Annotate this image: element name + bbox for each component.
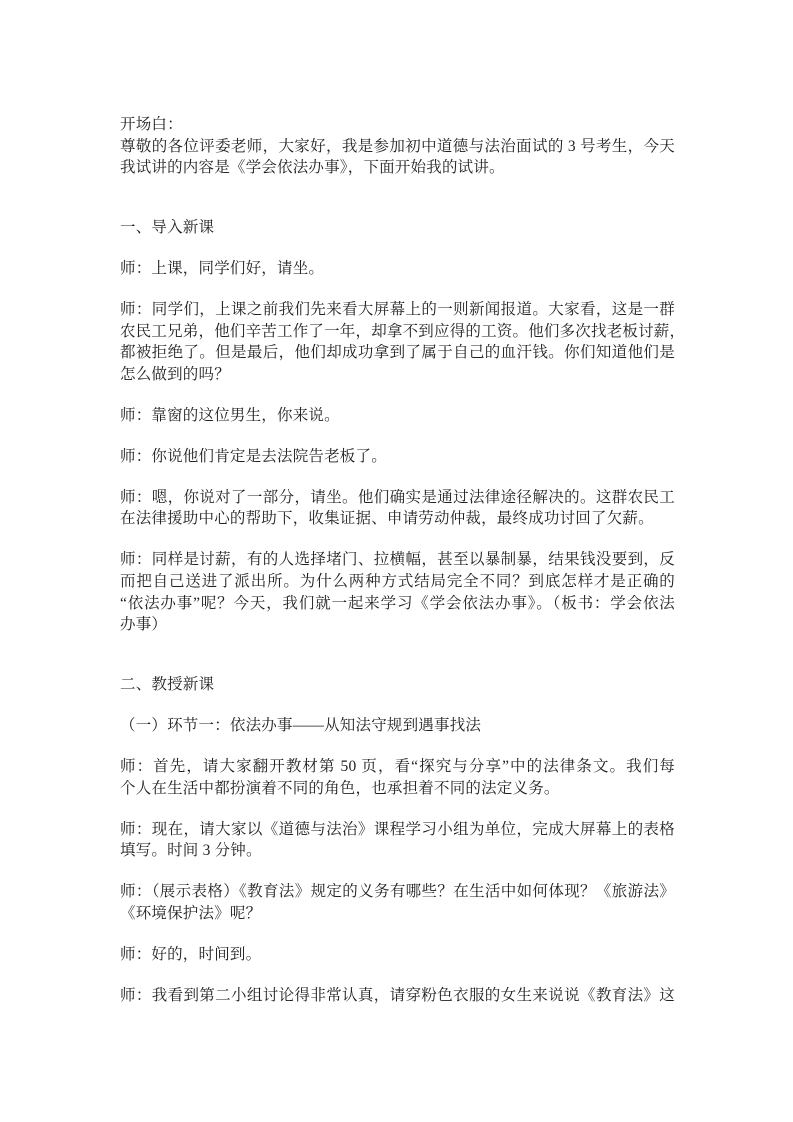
text-line: 师：好的，时间到。 xyxy=(120,944,675,966)
text-line: （一）环节一：依法办事——从知法守规到遇事找法 xyxy=(120,715,675,737)
text-line: 都被拒绝了。但是最后，他们却成功拿到了属于自己的血汗钱。你们知道他们是 xyxy=(120,342,675,364)
dialogue-paragraph: 师：上课，同学们好，请坐。 xyxy=(120,258,675,280)
text-line: 师：我看到第二小组讨论得非常认真，请穿粉色衣服的女生来说说《教育法》这 xyxy=(120,985,675,1007)
text-line: 个人在生活中都扮演着不同的角色，也承担着不同的法定义务。 xyxy=(120,778,675,800)
section-heading-text: 二、教授新课 xyxy=(120,674,675,696)
text-line: 师：你说他们肯定是去法院告老板了。 xyxy=(120,446,675,468)
dialogue-paragraph: 师：首先，请大家翻开教材第 50 页，看“探究与分享”中的法律条文。我们每 个人… xyxy=(120,756,675,799)
section-heading-text: 一、导入新课 xyxy=(120,217,675,239)
text-line: 我试讲的内容是《学会依法办事》，下面开始我的试讲。 xyxy=(120,157,675,179)
dialogue-paragraph: 师：嗯，你说对了一部分，请坐。他们确实是通过法律途径解决的。这群农民工 在法律援… xyxy=(120,487,675,530)
text-line: 尊敬的各位评委老师，大家好，我是参加初中道德与法治面试的 3 号考生，今天 xyxy=(120,136,675,158)
text-line: 师：首先，请大家翻开教材第 50 页，看“探究与分享”中的法律条文。我们每 xyxy=(120,756,675,778)
text-line: 开场白： xyxy=(120,114,675,136)
text-line: 而把自己送进了派出所。为什么两种方式结局完全不同？到底怎样才是正确的 xyxy=(120,571,675,593)
heading-section-1: 一、导入新课 xyxy=(120,217,675,239)
text-line: “依法办事”呢？今天，我们就一起来学习《学会依法办事》。（板书：学会依法 xyxy=(120,593,675,615)
text-line: 农民工兄弟，他们辛苦工作了一年，却拿不到应得的工资。他们多次找老板讨薪， xyxy=(120,321,675,343)
text-line: 《环境保护法》呢？ xyxy=(120,903,675,925)
text-line: 师：嗯，你说对了一部分，请坐。他们确实是通过法律途径解决的。这群农民工 xyxy=(120,487,675,509)
text-line: 师：靠窗的这位男生，你来说。 xyxy=(120,405,675,427)
dialogue-paragraph: 师：同样是讨薪，有的人选择堵门、拉横幅，甚至以暴制暴，结果钱没要到，反 而把自己… xyxy=(120,549,675,635)
heading-section-2: 二、教授新课 xyxy=(120,674,675,696)
text-line: 师：同样是讨薪，有的人选择堵门、拉横幅，甚至以暴制暴，结果钱没要到，反 xyxy=(120,549,675,571)
text-line: 师：现在，请大家以《道德与法治》课程学习小组为单位，完成大屏幕上的表格 xyxy=(120,819,675,841)
text-line: 师：上课，同学们好，请坐。 xyxy=(120,258,675,280)
document-page: 开场白： 尊敬的各位评委老师，大家好，我是参加初中道德与法治面试的 3 号考生，… xyxy=(0,0,793,1122)
dialogue-paragraph: 师：我看到第二小组讨论得非常认真，请穿粉色衣服的女生来说说《教育法》这 xyxy=(120,985,675,1007)
text-line: 在法律援助中心的帮助下，收集证据、申请劳动仲裁，最终成功讨回了欠薪。 xyxy=(120,508,675,530)
text-line: 填写。时间 3 分钟。 xyxy=(120,840,675,862)
subsection-title: （一）环节一：依法办事——从知法守规到遇事找法 xyxy=(120,715,675,737)
text-line: 办事） xyxy=(120,614,675,636)
dialogue-paragraph: 师：同学们，上课之前我们先来看大屏幕上的一则新闻报道。大家看，这是一群 农民工兄… xyxy=(120,299,675,385)
dialogue-paragraph: 师：你说他们肯定是去法院告老板了。 xyxy=(120,446,675,468)
opening-section: 开场白： 尊敬的各位评委老师，大家好，我是参加初中道德与法治面试的 3 号考生，… xyxy=(120,114,675,179)
text-line: 怎么做到的吗？ xyxy=(120,364,675,386)
dialogue-paragraph: 师：好的，时间到。 xyxy=(120,944,675,966)
text-line: 师：同学们，上课之前我们先来看大屏幕上的一则新闻报道。大家看，这是一群 xyxy=(120,299,675,321)
dialogue-paragraph: 师：（展示表格）《教育法》规定的义务有哪些？在生活中如何体现？《旅游法》 《环境… xyxy=(120,881,675,924)
dialogue-paragraph: 师：现在，请大家以《道德与法治》课程学习小组为单位，完成大屏幕上的表格 填写。时… xyxy=(120,819,675,862)
dialogue-paragraph: 师：靠窗的这位男生，你来说。 xyxy=(120,405,675,427)
text-line: 师：（展示表格）《教育法》规定的义务有哪些？在生活中如何体现？《旅游法》 xyxy=(120,881,675,903)
